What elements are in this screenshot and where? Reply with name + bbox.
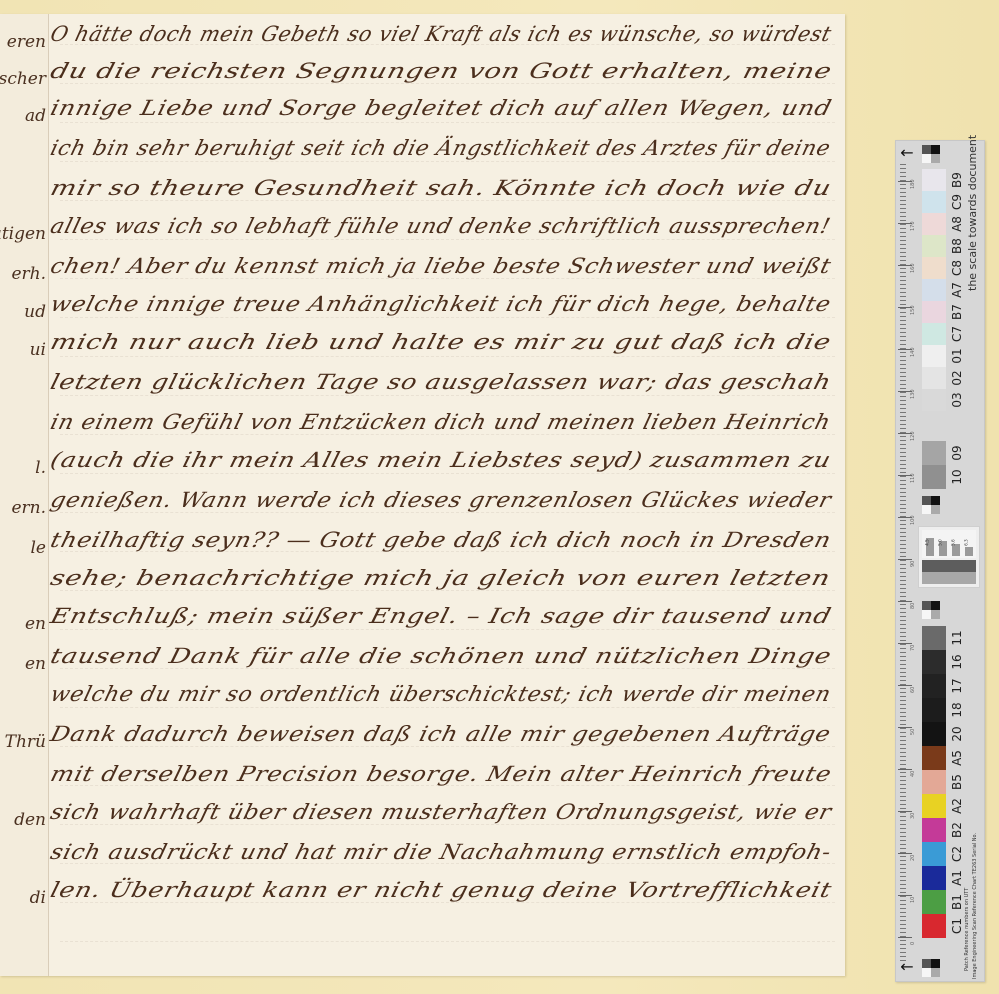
color-patch-01 [922,345,946,367]
resolution-target: 4.55.05.66.3 [918,526,980,588]
ruler-label: 100 [910,515,916,525]
ruler-label: 30 [910,813,916,819]
color-patch-20 [922,722,946,746]
patch-label: B7 [950,303,964,321]
gray-quad-marker [922,959,940,977]
patch-label: 17 [950,677,964,695]
adjacent-page-fragment: di [30,888,46,908]
ruler-label: 150 [910,305,916,315]
adjacent-page-fragment: eren [7,32,46,52]
adjacent-page-fragment: ern. [11,498,46,518]
adjacent-page-fragment: ui [30,340,46,360]
adjacent-page-fragment: ütigen [0,224,46,244]
color-patch-18 [922,698,946,722]
handwritten-line: Dank dadurch beweisen daß ich alle mir g… [48,722,834,746]
color-patch-c2 [922,842,946,866]
adjacent-page-fragment: ad [25,106,46,126]
patch-label: 20 [950,725,964,743]
strip-header-text: the scale towards document [966,135,979,291]
patch-label: C7 [950,325,964,343]
handwritten-line: mir so theure Gesundheit sah. Könnte ich… [48,176,834,200]
adjacent-page-fragment: Thrü [5,732,46,752]
color-patch-b1 [922,890,946,914]
handwritten-line: chen! Aber du kennst mich ja liebe beste… [48,254,834,278]
color-patch-b2 [922,818,946,842]
patch-label: A7 [950,281,964,299]
ruler-label: 90 [910,561,916,567]
color-patch-11 [922,626,946,650]
resolution-label: 5.0 [938,539,943,545]
patch-label: 03 [950,391,964,409]
resolution-bar [952,544,960,556]
patch-label: A8 [950,215,964,233]
color-patch-10 [922,465,946,489]
patch-label: C9 [950,193,964,211]
patch-label: 10 [950,468,964,486]
adjacent-page-fragment: l. [35,458,46,478]
handwritten-line: (auch die ihr mein Alles mein Liebstes s… [48,448,834,472]
adjacent-page-fragment: le [31,538,47,558]
color-patch-c7 [922,323,946,345]
handwritten-line: tausend Dank für alle die schönen und nü… [48,644,834,668]
color-patch-b7 [922,301,946,323]
ruler-tick [898,937,912,938]
patch-label: 11 [950,629,964,647]
ruler-label: 50 [910,729,916,735]
handwritten-line: in einem Gefühl von Entzücken dich und m… [48,410,833,434]
gray-quad-marker [922,601,940,619]
handwritten-line: theilhaftig seyn?? — Gott gebe daß ich d… [48,528,834,552]
ruler-label: 120 [910,431,916,441]
ruler-label: 10 [910,897,916,903]
patch-label: B2 [950,821,964,839]
handwritten-line: letzten glücklichen Tage so ausgelassen … [48,370,834,394]
left-arrow-icon: ← [898,145,916,161]
handwritten-line: len. Überhaupt kann er nicht genug deine… [48,878,834,902]
handwritten-line: sich ausdrückt und hat mir die Nachahmun… [48,840,834,864]
handwritten-line: sich wahrhaft über diesen musterhaften O… [48,800,834,824]
letter-sheet: erenscheradütigenerh.uduil.ern.leenenThr… [0,14,845,976]
handwritten-line: innige Liebe und Sorge begleitet dich au… [48,96,834,120]
adjacent-page-edge: erenscheradütigenerh.uduil.ern.leenenThr… [0,14,49,976]
ruler-label: 60 [910,687,916,693]
ruler-label: 130 [910,389,916,399]
adjacent-page-fragment: scher [0,69,46,89]
left-arrow-icon: ← [898,959,916,975]
color-patch-03 [922,389,946,411]
color-patch-b8 [922,235,946,257]
handwritten-line: ich bin sehr beruhigt seit ich die Ängst… [48,136,833,160]
patch-label: A1 [950,869,964,887]
ruler-label: 140 [910,347,916,357]
color-patch-b5 [922,770,946,794]
patch-label: B5 [950,773,964,791]
patch-label: 01 [950,347,964,365]
color-patch-09 [922,441,946,465]
color-patch-b9 [922,169,946,191]
ruler-label: 20 [910,855,916,861]
adjacent-page-fragment: en [25,614,46,634]
patch-label: 09 [950,444,964,462]
ruler-label: 80 [910,603,916,609]
ruler-label: 0 [910,942,916,945]
strip-footer-text: Patch Reference numbers on UTT [964,888,970,971]
color-patch-c8 [922,257,946,279]
color-patch-16 [922,650,946,674]
adjacent-page-fragment: en [25,654,46,674]
resolution-bar [965,547,973,556]
handwritten-line: welche innige treue Anhänglichkeit ich f… [48,292,834,316]
handwritten-line: O hätte doch mein Gebeth so viel Kraft a… [48,22,834,46]
color-patch-a1 [922,866,946,890]
patch-label: C2 [950,845,964,863]
color-patch-c1 [922,914,946,938]
gray-quad-marker [922,145,940,163]
color-patch-17 [922,674,946,698]
patch-label: A5 [950,749,964,767]
adjacent-page-fragment: erh. [11,264,46,284]
handwritten-line: Entschluß; mein süßer Engel. – Ich sage … [48,604,834,628]
ruler-scale: 1801701601501401301201101009080706050403… [896,161,918,961]
handwritten-line: alles was ich so lebhaft fühle und denke… [48,214,833,238]
strip-footer-text-2: Image Engineering Scan Reference Chart T… [972,833,978,979]
color-patch-c9 [922,191,946,213]
color-patch-a5 [922,746,946,770]
handwritten-line: genießen. Wann werde ich dieses grenzenl… [48,488,834,512]
handwritten-line: mit derselben Precision besorge. Mein al… [48,762,834,786]
ruler-label: 70 [910,645,916,651]
patch-label: B9 [950,171,964,189]
resolution-label: 6.3 [964,539,969,545]
handwritten-line: sehe; benachrichtige mich ja gleich von … [48,566,833,590]
adjacent-page-fragment: den [14,810,46,830]
color-patch-a2 [922,794,946,818]
color-patch-a8 [922,213,946,235]
handwritten-line: mich nur auch lieb und halte es mir zu g… [48,330,834,354]
patch-label: 18 [950,701,964,719]
gray-quad-marker [922,496,940,514]
patch-label: A2 [950,797,964,815]
ruler-label: 180 [910,179,916,189]
patch-label: 02 [950,369,964,387]
color-patch-02 [922,367,946,389]
patch-label: C1 [950,917,964,935]
resolution-label: 5.6 [951,539,956,545]
ruler-label: 170 [910,221,916,231]
color-patch-a7 [922,279,946,301]
handwritten-line: welche du mir so ordentlich überschickte… [48,682,834,706]
color-calibration-strip: 1801701601501401301201101009080706050403… [895,140,985,982]
patch-label: 16 [950,653,964,671]
patch-label: C8 [950,259,964,277]
handwritten-line: du die reichsten Segnungen von Gott erha… [48,59,835,83]
ruler-label: 110 [910,473,916,483]
adjacent-page-fragment: ud [24,302,46,322]
resolution-label: 4.5 [925,539,930,545]
patch-label: B1 [950,893,964,911]
ruler-label: 40 [910,771,916,777]
patch-label: B8 [950,237,964,255]
ruler-label: 160 [910,263,916,273]
